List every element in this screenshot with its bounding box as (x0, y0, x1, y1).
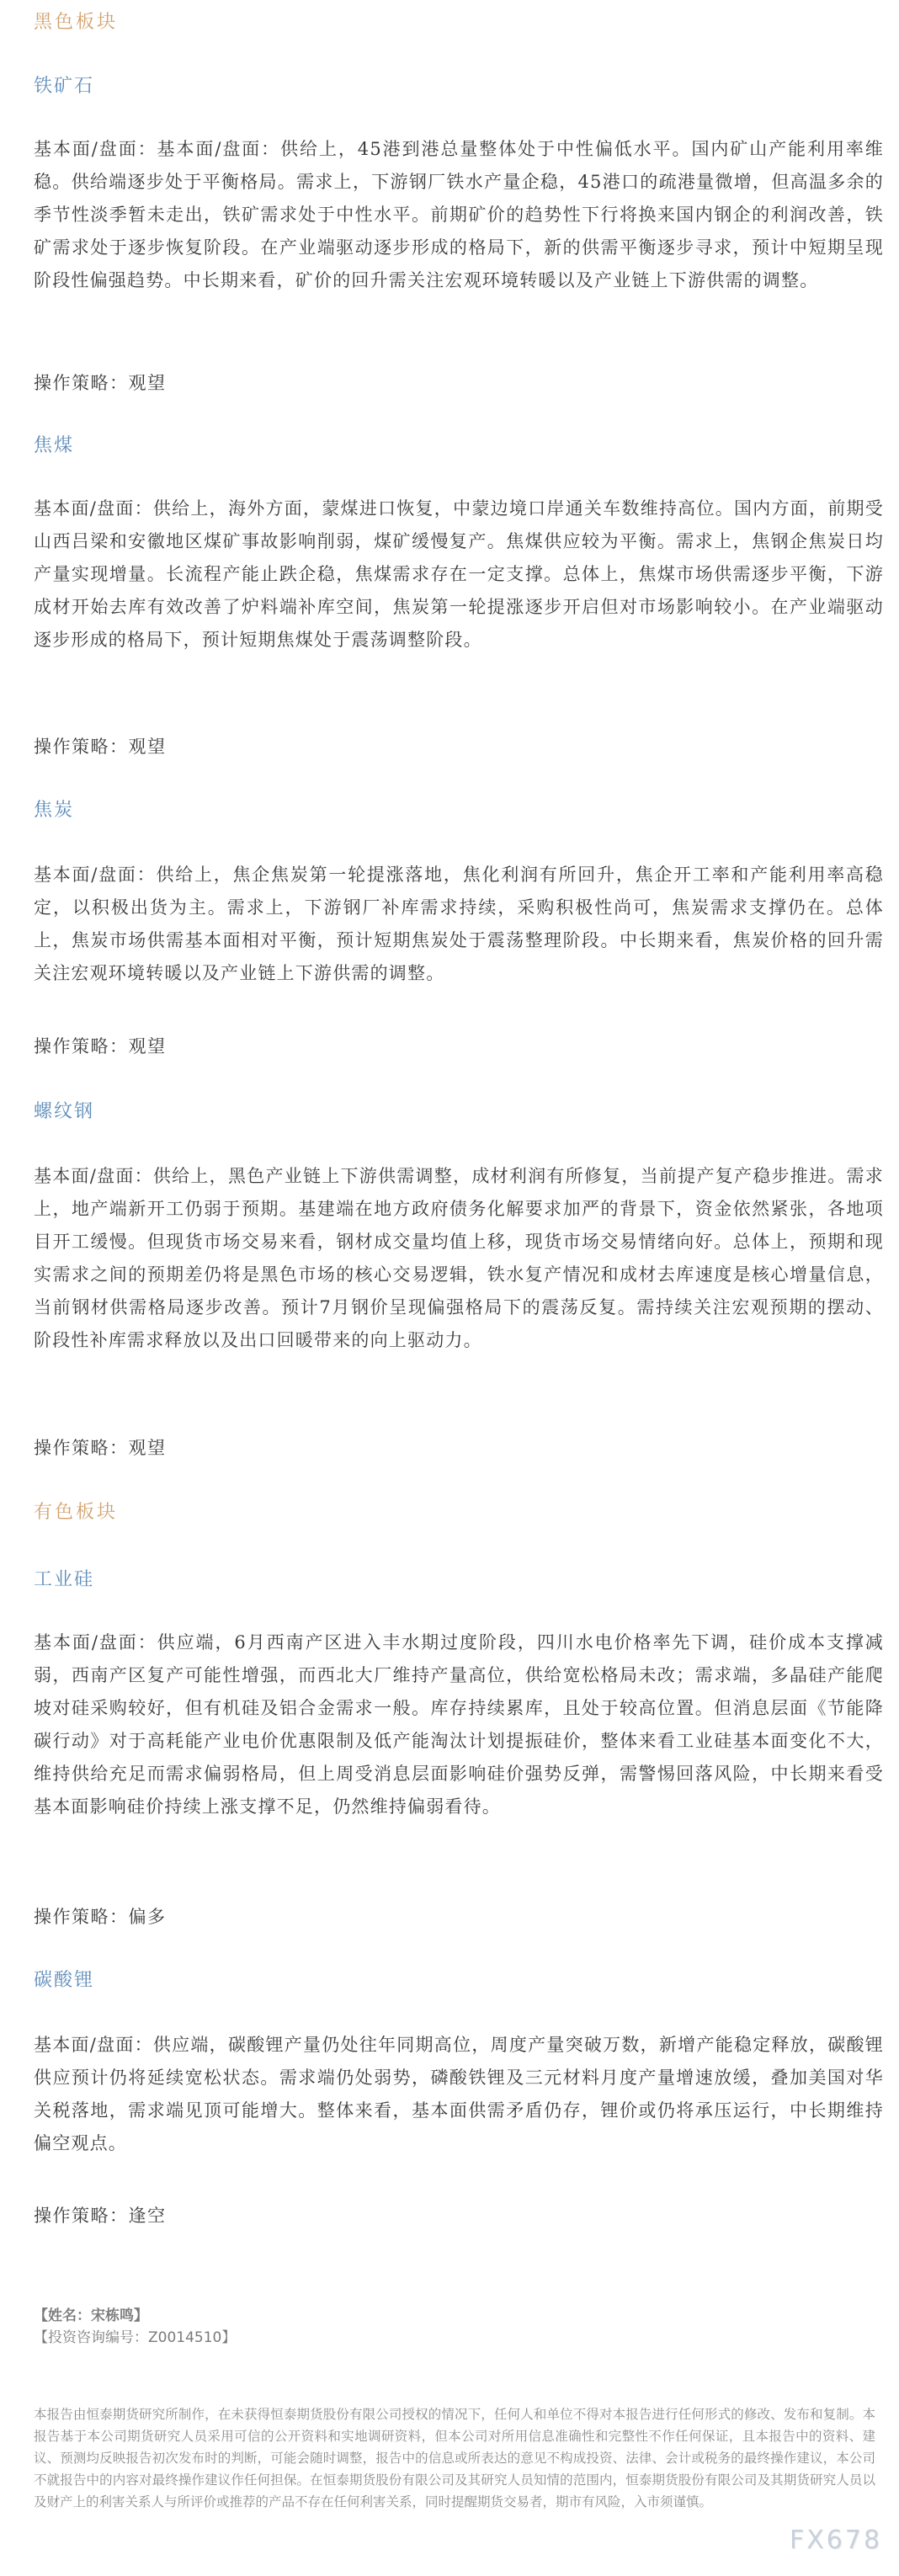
product-heading-lithium-carbonate: 碳酸锂 (34, 1968, 94, 1993)
strategy-lithium-carbonate: 操作策略：逢空 (34, 2203, 167, 2228)
analysis-coke: 基本面/盘面：供给上，焦企焦炭第一轮提涨落地，焦化利润有所回升，焦企开工率和产能… (34, 859, 884, 990)
product-heading-iron-ore: 铁矿石 (34, 74, 94, 99)
product-heading-coking-coal: 焦煤 (34, 434, 74, 459)
strategy-coke: 操作策略：观望 (34, 1034, 167, 1059)
analysis-coking-coal: 基本面/盘面：供给上，海外方面，蒙煤进口恢复，中蒙边境口岸通关车数维持高位。国内… (34, 492, 884, 657)
disclaimer: 本报告由恒泰期货研究所制作，在未获得恒泰期货股份有限公司授权的情况下，任何人和单… (34, 2403, 875, 2513)
strategy-rebar: 操作策略：观望 (34, 1435, 167, 1461)
analysis-lithium-carbonate: 基本面/盘面：供应端，碳酸锂产量仍处往年同期高位，周度产量突破万数，新增产能稳定… (34, 2029, 884, 2160)
author-name: 【姓名：宋栋鸣】 (34, 2305, 236, 2327)
sector-heading-black: 黑色板块 (34, 10, 118, 35)
strategy-coking-coal: 操作策略：观望 (34, 734, 167, 759)
analysis-industrial-silicon: 基本面/盘面：供应端，6月西南产区进入丰水期过度阶段，四川水电价格率先下调，硅价… (34, 1626, 884, 1823)
strategy-industrial-silicon: 操作策略：偏多 (34, 1904, 167, 1929)
author-license-number: 【投资咨询编号：Z0014510】 (34, 2327, 236, 2349)
product-heading-coke: 焦炭 (34, 798, 74, 823)
product-heading-industrial-silicon: 工业硅 (34, 1567, 94, 1593)
sector-heading-nonferrous: 有色板块 (34, 1500, 118, 1525)
strategy-iron-ore: 操作策略：观望 (34, 370, 167, 396)
analysis-iron-ore: 基本面/盘面：基本面/盘面：供给上，45港到港总量整体处于中性偏低水平。国内矿山… (34, 133, 884, 297)
author-block: 【姓名：宋栋鸣】 【投资咨询编号：Z0014510】 (34, 2305, 236, 2349)
analysis-rebar: 基本面/盘面：供给上，黑色产业链上下游供需调整，成材利润有所修复，当前提产复产稳… (34, 1160, 884, 1357)
watermark-logo: FX678 (790, 2525, 882, 2555)
product-heading-rebar: 螺纹钢 (34, 1099, 94, 1125)
